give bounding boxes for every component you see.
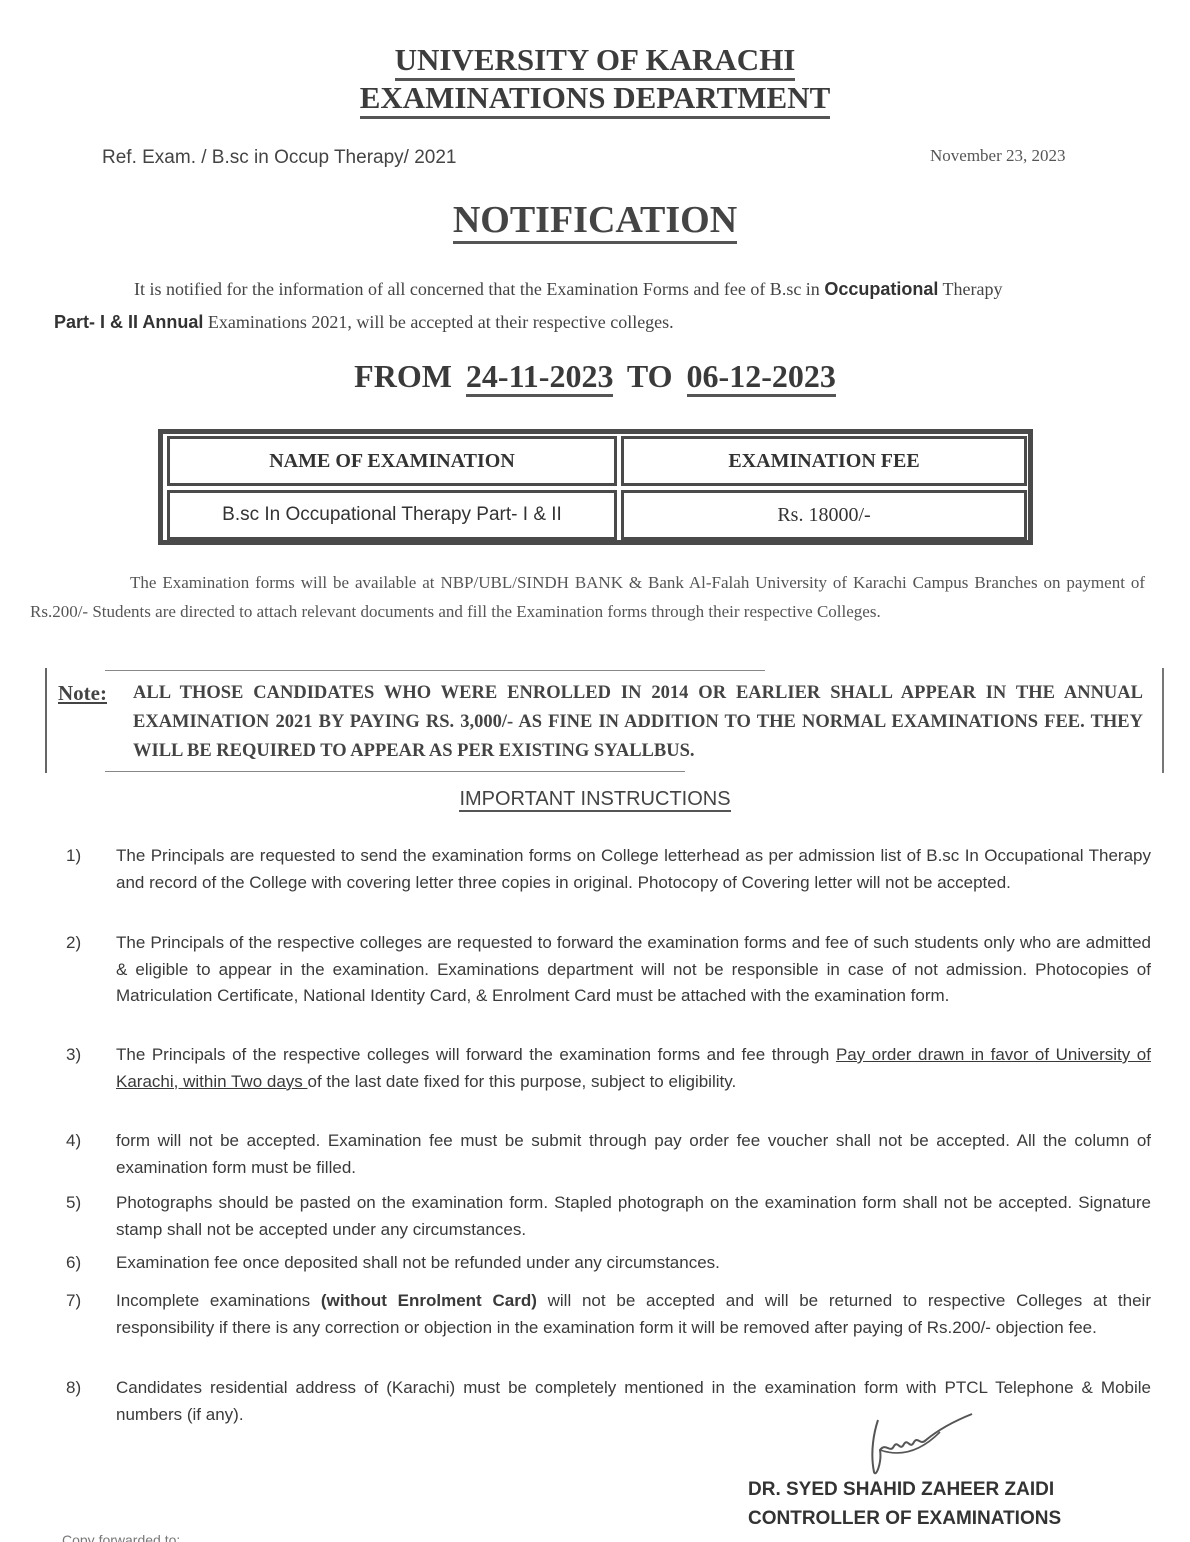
department-name: EXAMINATIONS DEPARTMENT bbox=[0, 80, 1190, 116]
page-title: NOTIFICATION bbox=[0, 198, 1190, 242]
department-name-text: EXAMINATIONS DEPARTMENT bbox=[360, 80, 831, 119]
university-name-text: UNIVERSITY OF KARACHI bbox=[395, 42, 796, 81]
item-text: The Principals of the respective college… bbox=[116, 930, 1151, 1010]
fee-table: NAME OF EXAMINATION EXAMINATION FEE B.sc… bbox=[158, 429, 1033, 545]
from-label: FROM bbox=[354, 358, 452, 394]
note-text: ALL THOSE CANDIDATES WHO WERE ENROLLED I… bbox=[133, 679, 1143, 766]
table-cell-exam-fee: Rs. 18000/- bbox=[621, 490, 1027, 540]
intro-bold: Part- I & II Annual bbox=[54, 312, 203, 332]
item-text: The Principals of the respective college… bbox=[116, 1042, 1151, 1095]
university-name: UNIVERSITY OF KARACHI bbox=[0, 42, 1190, 78]
item-number: 8) bbox=[66, 1375, 106, 1402]
item-text: Candidates residential address of (Karac… bbox=[116, 1375, 1151, 1428]
item-number: 7) bbox=[66, 1288, 106, 1315]
instruction-item: 1) The Principals are requested to send … bbox=[66, 843, 1151, 896]
to-date: 06-12-2023 bbox=[687, 358, 836, 397]
item-number: 5) bbox=[66, 1190, 106, 1217]
instruction-item: 3) The Principals of the respective coll… bbox=[66, 1042, 1151, 1095]
intro-text: Examinations 2021, will be accepted at t… bbox=[203, 312, 673, 332]
item-text: Incomplete examinations (without Enrolme… bbox=[116, 1288, 1151, 1341]
signatory-block: DR. SYED SHAHID ZAHEER ZAIDI CONTROLLER … bbox=[748, 1475, 1061, 1533]
instruction-item: 6) Examination fee once deposited shall … bbox=[66, 1250, 1151, 1277]
item-text: Photographs should be pasted on the exam… bbox=[116, 1190, 1151, 1243]
instruction-item: 5) Photographs should be pasted on the e… bbox=[66, 1190, 1151, 1243]
table-cell-exam-name: B.sc In Occupational Therapy Part- I & I… bbox=[167, 490, 617, 540]
table-header-exam-fee: EXAMINATION FEE bbox=[621, 436, 1027, 486]
signature-icon bbox=[860, 1412, 980, 1482]
item-number: 6) bbox=[66, 1250, 106, 1277]
intro-text: It is notified for the information of al… bbox=[134, 279, 824, 299]
item-number: 2) bbox=[66, 930, 106, 957]
table-header-exam-name: NAME OF EXAMINATION bbox=[167, 436, 617, 486]
instruction-item: 4) form will not be accepted. Examinatio… bbox=[66, 1128, 1151, 1181]
from-date: 24-11-2023 bbox=[466, 358, 614, 397]
item-text: The Principals are requested to send the… bbox=[116, 843, 1151, 896]
instruction-item: 2) The Principals of the respective coll… bbox=[66, 930, 1151, 1010]
intro-text: Therapy bbox=[938, 279, 1002, 299]
instruction-item: 7) Incomplete examinations (without Enro… bbox=[66, 1288, 1151, 1341]
item-number: 4) bbox=[66, 1128, 106, 1155]
footer-copy-to: Copy forwarded to: bbox=[62, 1532, 180, 1542]
item-text-part: The Principals of the respective college… bbox=[116, 1045, 836, 1064]
notice-date: November 23, 2023 bbox=[930, 146, 1066, 166]
reference-number: Ref. Exam. / B.sc in Occup Therapy/ 2021 bbox=[102, 147, 456, 169]
intro-paragraph: It is notified for the information of al… bbox=[54, 273, 1144, 339]
note-divider bbox=[105, 670, 765, 671]
note-label: Note: bbox=[58, 681, 107, 706]
availability-paragraph: The Examination forms will be available … bbox=[30, 568, 1145, 626]
item-number: 3) bbox=[66, 1042, 106, 1069]
submission-period: FROM 24-11-2023 TO 06-12-2023 bbox=[0, 358, 1190, 395]
signatory-name: DR. SYED SHAHID ZAHEER ZAIDI bbox=[748, 1475, 1061, 1504]
to-label: TO bbox=[627, 358, 673, 394]
item-number: 1) bbox=[66, 843, 106, 870]
item-text-part: Incomplete examinations bbox=[116, 1291, 321, 1310]
note-divider bbox=[105, 771, 685, 772]
signatory-designation: CONTROLLER OF EXAMINATIONS bbox=[748, 1504, 1061, 1533]
item-text: Examination fee once deposited shall not… bbox=[116, 1250, 1151, 1277]
intro-bold: Occupational bbox=[824, 279, 938, 299]
item-text-part: of the last date fixed for this purpose,… bbox=[308, 1072, 737, 1091]
item-bold-text: (without Enrolment Card) bbox=[321, 1291, 537, 1310]
instructions-heading: IMPORTANT INSTRUCTIONS bbox=[0, 788, 1190, 811]
page-title-text: NOTIFICATION bbox=[453, 199, 737, 244]
instructions-heading-text: IMPORTANT INSTRUCTIONS bbox=[459, 788, 730, 812]
instruction-item: 8) Candidates residential address of (Ka… bbox=[66, 1375, 1151, 1428]
item-text: form will not be accepted. Examination f… bbox=[116, 1128, 1151, 1181]
